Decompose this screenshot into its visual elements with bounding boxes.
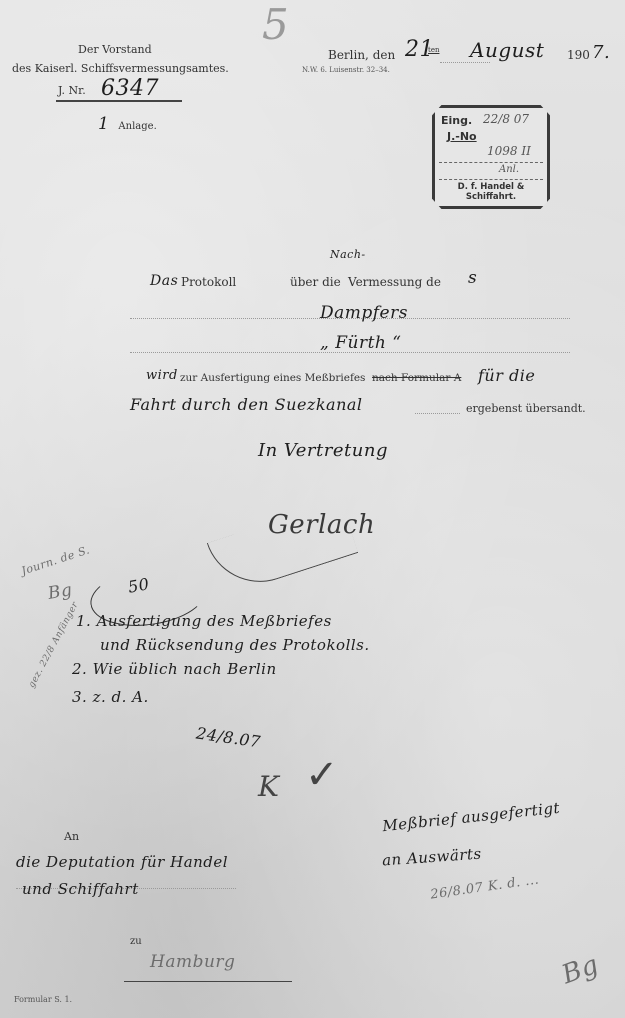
addressee-city: Hamburg bbox=[150, 952, 235, 972]
body-line1-prefix: Das bbox=[150, 273, 178, 289]
form-number: Formular S. 1. bbox=[14, 995, 72, 1004]
attachment-count: 1 bbox=[98, 114, 109, 134]
stamp-jno-value: 1098 II bbox=[487, 144, 531, 158]
sender-address: N.W. 6. Luisenstr. 32–34. bbox=[302, 66, 390, 74]
letterhead-line1: Der Vorstand bbox=[78, 43, 152, 56]
stamp-extra-value: Anl. bbox=[499, 164, 519, 175]
instruction-item-1b: und Rücksendung des Protokolls. bbox=[100, 636, 370, 654]
instruction-text: z. d. A. bbox=[93, 688, 149, 706]
body-line1-suffix: s bbox=[468, 268, 477, 288]
stamp-label-jno: J.-No bbox=[447, 130, 477, 143]
addressee-label-an: An bbox=[64, 830, 79, 843]
stamp-footer: D. f. Handel & Schiffahrt. bbox=[435, 182, 547, 202]
stamp-eing-date: 22/8 07 bbox=[483, 112, 529, 126]
page-number-mark: 5 bbox=[262, 0, 289, 49]
addressee-line2: und Schiffahrt bbox=[22, 880, 139, 898]
letterhead-line2: des Kaiserl. Schiffsvermessungsamtes. bbox=[12, 62, 229, 75]
receipt-stamp: Eing. 22/8 07 J.-No 1098 II Anl. D. f. H… bbox=[432, 105, 550, 209]
vessel-type: Dampfers bbox=[320, 303, 408, 323]
body-line1-insert: Nach- bbox=[330, 248, 366, 261]
date-dotted-line bbox=[440, 62, 490, 63]
document-page: 5 Der Vorstand des Kaiserl. Schiffsverme… bbox=[0, 0, 625, 1018]
margin-initials: Bg bbox=[46, 580, 73, 604]
body-line1-print2: über die bbox=[290, 275, 341, 289]
body-line3-hand: für die bbox=[478, 366, 535, 385]
body-line3-struck: nach Formular A bbox=[372, 372, 461, 384]
instruction-date: 24/8.07 bbox=[195, 724, 262, 752]
closing: In Vertretung bbox=[258, 440, 388, 461]
right-note-line1: Meßbrief ausgefertigt bbox=[382, 799, 561, 836]
date-day-suffix: ten bbox=[428, 46, 439, 54]
instruction-number: 1. bbox=[76, 612, 91, 630]
instruction-text: Ausfertigung des Meßbriefes bbox=[97, 612, 332, 630]
body-line1-print3: Vermessung de bbox=[348, 275, 441, 289]
right-note-line2: an Auswärts bbox=[381, 845, 482, 870]
instruction-initials: K bbox=[258, 770, 279, 803]
margin-note-top: Journ. de S. bbox=[20, 543, 92, 577]
date-month: August bbox=[470, 38, 544, 62]
instruction-item-2: 2. Wie üblich nach Berlin bbox=[72, 660, 277, 678]
stamp-label-eing: Eing. bbox=[441, 114, 472, 127]
right-note-line3: 26/8.07 K. d. ... bbox=[429, 872, 539, 902]
journal-number-row: J. Nr. 6347 bbox=[56, 78, 182, 102]
check-mark-icon: ✓ bbox=[305, 752, 339, 798]
vessel-name: „ Fürth “ bbox=[320, 333, 401, 353]
date-year-suffix: 7. bbox=[592, 42, 610, 63]
stamp-dashed-line-1 bbox=[439, 162, 543, 163]
body-line4-print: ergebenst übersandt. bbox=[466, 402, 586, 415]
instruction-item-1: 1. Ausfertigung des Meßbriefes bbox=[76, 612, 332, 630]
instruction-text: Wie üblich nach Berlin bbox=[93, 660, 277, 678]
body-line1-print1: Protokoll bbox=[181, 275, 236, 289]
body-dotted-line-3 bbox=[415, 413, 460, 414]
date-year-prefix: 190 bbox=[567, 48, 590, 62]
attachment-label: Anlage. bbox=[118, 121, 156, 132]
addressee-line1: die Deputation für Handel bbox=[16, 853, 228, 871]
instruction-number: 2. bbox=[72, 660, 87, 678]
addressee-city-underline bbox=[124, 981, 292, 982]
body-line3-print: zur Ausfertigung eines Meßbriefes bbox=[180, 372, 365, 384]
addressee-label-zu: zu bbox=[130, 936, 142, 947]
instruction-text: und Rücksendung des Protokolls. bbox=[100, 636, 370, 654]
journal-label: J. Nr. bbox=[58, 84, 86, 97]
body-line4-hand: Fahrt durch den Suezkanal bbox=[130, 395, 363, 414]
date-place: Berlin, den bbox=[328, 48, 395, 62]
stamp-dashed-line-2 bbox=[439, 179, 543, 180]
instruction-item-3: 3. z. d. A. bbox=[72, 688, 149, 706]
attachment-row: 1 Anlage. bbox=[98, 114, 157, 134]
instruction-number: 3. bbox=[72, 688, 87, 706]
circled-number: 50 bbox=[127, 574, 151, 596]
bottom-right-initials: Bg bbox=[558, 950, 603, 991]
journal-number: 6347 bbox=[101, 76, 159, 101]
body-line3-prefix: wird bbox=[146, 368, 178, 383]
